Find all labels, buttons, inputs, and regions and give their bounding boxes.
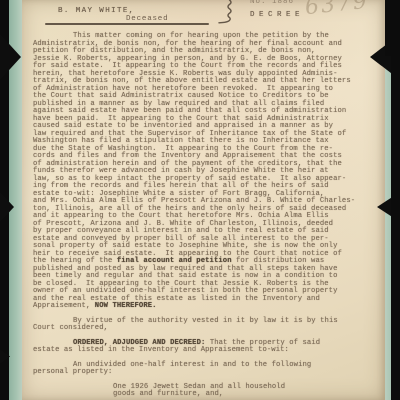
photo-of-document: IN THE MATTER OF THE ESTATE OF B. MAY WH…: [0, 0, 400, 400]
document-type-title: DECREE: [250, 11, 304, 20]
paragraph: By virtue of the authority vested in it …: [33, 318, 373, 333]
text-line: Court considered,: [33, 325, 373, 333]
document-page: IN THE MATTER OF THE ESTATE OF B. MAY WH…: [22, 0, 385, 400]
caption-underline: [45, 23, 209, 25]
text-line: estate as listed in the Inventory and Ap…: [33, 347, 373, 355]
decedent-name: B. MAY WHITE,: [58, 7, 135, 16]
text-line: personal property:: [33, 369, 373, 377]
paragraph: This matter coming on for hearing upon t…: [33, 33, 373, 311]
paragraph: One 1926 Jewett Sedan and all householdg…: [113, 384, 373, 399]
caption-brace-icon: [202, 0, 242, 28]
background-right-edge: [391, 0, 400, 400]
document-body: This matter coming on for hearing upon t…: [33, 33, 373, 399]
caption-cut-line: IN THE MATTER OF THE ESTATE OF: [44, 0, 212, 4]
paragraph: ORDERED, ADJUDGED AND DECREED: That the …: [33, 340, 373, 355]
text-line: goods and furniture, and,: [113, 391, 373, 399]
paragraph: An undivided one-half interest in and to…: [33, 362, 373, 377]
case-number: No. 1886: [250, 0, 294, 7]
text-line: Appraisement, NOW THEREFORE.: [33, 303, 373, 311]
